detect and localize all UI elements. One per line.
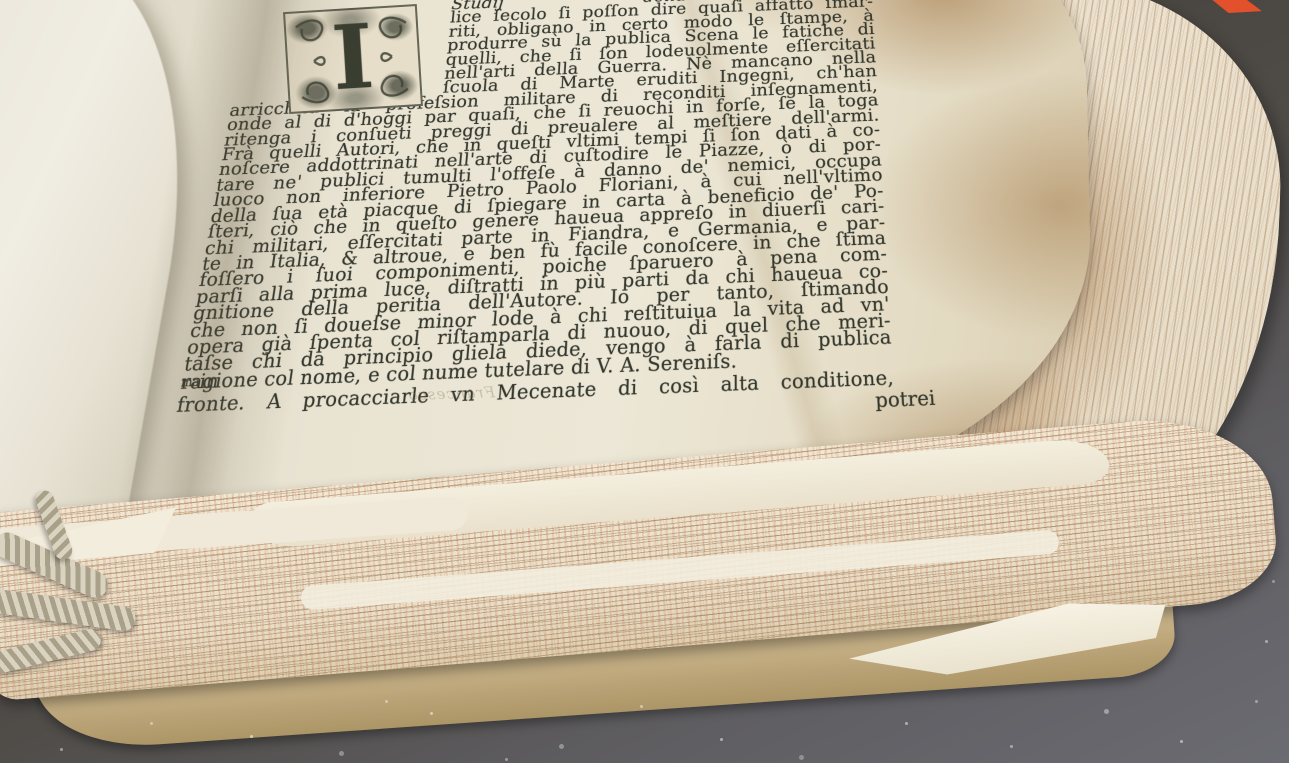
- red-bookmark: [1203, 0, 1265, 21]
- catchword: potrei: [875, 389, 936, 410]
- dust-specks: [0, 0, 3, 3]
- book-photo: Studij della pace, che in queſto noſtro …: [0, 0, 1289, 763]
